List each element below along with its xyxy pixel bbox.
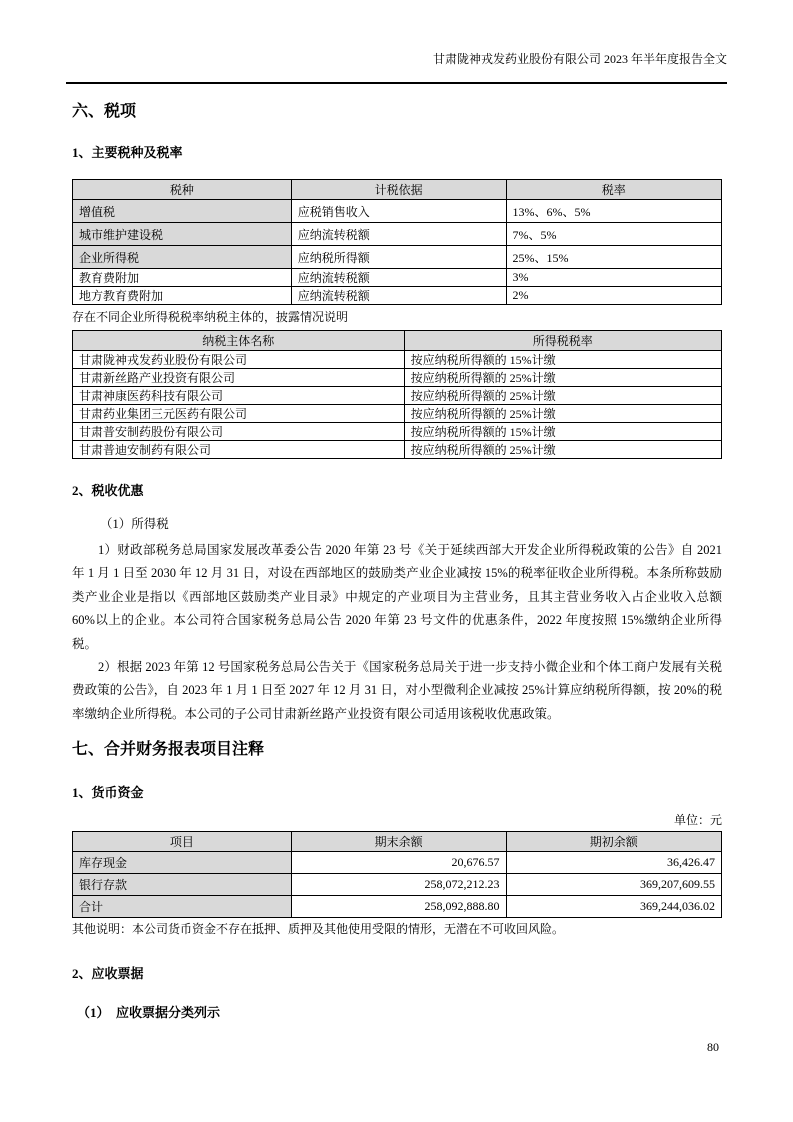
table-header-row: 项目 期末余额 期初余额 — [73, 832, 722, 852]
cell-tax-basis: 应纳流转税额 — [291, 223, 506, 246]
cell-tax-rate: 13%、6%、5% — [506, 200, 721, 223]
table-row: 甘肃药业集团三元医药有限公司 按应纳税所得额的 25%计缴 — [73, 405, 722, 423]
table-row: 甘肃普安制药股份有限公司 按应纳税所得额的 15%计缴 — [73, 423, 722, 441]
cell-entity-rate: 按应纳税所得额的 25%计缴 — [404, 369, 721, 387]
table-row: 地方教育费附加 应纳流转税额 2% — [73, 287, 722, 305]
cell-tax-type: 教育费附加 — [73, 269, 292, 287]
table-row: 甘肃普迪安制药有限公司 按应纳税所得额的 25%计缴 — [73, 441, 722, 459]
cell-tax-type: 增值税 — [73, 200, 292, 223]
income-tax-paragraph-2: 2）根据 2023 年第 12 号国家税务总局公告关于《国家税务总局关于进一步支… — [72, 656, 722, 726]
page-number: 80 — [707, 1040, 719, 1055]
table-row: 银行存款 258,072,212.23 369,207,609.55 — [73, 874, 722, 896]
table-row: 甘肃新丝路产业投资有限公司 按应纳税所得额的 25%计缴 — [73, 369, 722, 387]
tax-entities-note: 存在不同企业所得税税率纳税主体的，披露情况说明 — [72, 310, 722, 325]
section-6-title: 六、税项 — [72, 102, 722, 122]
section-7-title: 七、合并财务报表项目注释 — [72, 740, 722, 760]
col-header-income-tax-rate: 所得税税率 — [404, 331, 721, 351]
cell-entity-rate: 按应纳税所得额的 15%计缴 — [404, 351, 721, 369]
cell-beginning-balance: 369,244,036.02 — [506, 896, 721, 918]
income-tax-heading: （1）所得税 — [72, 516, 722, 532]
cell-entity-name: 甘肃陇神戎发药业股份有限公司 — [73, 351, 405, 369]
cell-beginning-balance: 369,207,609.55 — [506, 874, 721, 896]
entity-tax-rate-table: 纳税主体名称 所得税税率 甘肃陇神戎发药业股份有限公司 按应纳税所得额的 15%… — [72, 330, 722, 459]
cell-ending-balance: 258,072,212.23 — [291, 874, 506, 896]
cell-entity-name: 甘肃药业集团三元医药有限公司 — [73, 405, 405, 423]
cell-entity-name: 甘肃神康医药科技有限公司 — [73, 387, 405, 405]
cell-entity-rate: 按应纳税所得额的 25%计缴 — [404, 405, 721, 423]
cell-entity-rate: 按应纳税所得额的 25%计缴 — [404, 387, 721, 405]
cell-entity-name: 甘肃新丝路产业投资有限公司 — [73, 369, 405, 387]
col-header-beginning-balance: 期初余额 — [506, 832, 721, 852]
tax-rate-table: 税种 计税依据 税率 增值税 应税销售收入 13%、6%、5% 城市维护建设税 … — [72, 179, 722, 305]
cell-tax-rate: 7%、5% — [506, 223, 721, 246]
page-content: 六、税项 1、主要税种及税率 税种 计税依据 税率 增值税 应税销售收入 13%… — [72, 102, 722, 1021]
cell-entity-name: 甘肃普迪安制药有限公司 — [73, 441, 405, 459]
section-7-2-title: 2、应收票据 — [72, 965, 722, 982]
cell-tax-basis: 应纳流转税额 — [291, 269, 506, 287]
table-row: 企业所得税 应纳税所得额 25%、15% — [73, 246, 722, 269]
cash-other-note: 其他说明：本公司货币资金不存在抵押、质押及其他使用受限的情形，无潜在不可收回风险… — [72, 922, 722, 937]
table-row: 合计 258,092,888.80 369,244,036.02 — [73, 896, 722, 918]
cell-tax-type: 城市维护建设税 — [73, 223, 292, 246]
section-7-1-title: 1、货币资金 — [72, 784, 722, 801]
col-header-tax-rate: 税率 — [506, 180, 721, 200]
monetary-funds-table: 项目 期末余额 期初余额 库存现金 20,676.57 36,426.47 银行… — [72, 831, 722, 918]
cell-beginning-balance: 36,426.47 — [506, 852, 721, 874]
col-header-tax-basis: 计税依据 — [291, 180, 506, 200]
report-page: 甘肃陇神戎发药业股份有限公司 2023 年半年度报告全文 六、税项 1、主要税种… — [0, 0, 793, 1122]
section-6-1-title: 1、主要税种及税率 — [72, 144, 722, 161]
table-header-row: 税种 计税依据 税率 — [73, 180, 722, 200]
cell-tax-basis: 应纳税所得额 — [291, 246, 506, 269]
unit-label: 单位：元 — [72, 813, 722, 828]
table-header-row: 纳税主体名称 所得税税率 — [73, 331, 722, 351]
table-row: 教育费附加 应纳流转税额 3% — [73, 269, 722, 287]
section-7-2-1-title: （1） 应收票据分类列示 — [77, 1004, 722, 1021]
cell-item: 库存现金 — [73, 852, 292, 874]
cell-tax-basis: 应税销售收入 — [291, 200, 506, 223]
table-row: 增值税 应税销售收入 13%、6%、5% — [73, 200, 722, 223]
table-row: 城市维护建设税 应纳流转税额 7%、5% — [73, 223, 722, 246]
section-6-2-title: 2、税收优惠 — [72, 482, 722, 499]
cell-item: 合计 — [73, 896, 292, 918]
header-title: 甘肃陇神戎发药业股份有限公司 2023 年半年度报告全文 — [433, 52, 727, 66]
table-row: 甘肃陇神戎发药业股份有限公司 按应纳税所得额的 15%计缴 — [73, 351, 722, 369]
cell-tax-rate: 3% — [506, 269, 721, 287]
cell-ending-balance: 20,676.57 — [291, 852, 506, 874]
col-header-tax-type: 税种 — [73, 180, 292, 200]
cell-tax-rate: 2% — [506, 287, 721, 305]
cell-entity-rate: 按应纳税所得额的 15%计缴 — [404, 423, 721, 441]
col-header-entity-name: 纳税主体名称 — [73, 331, 405, 351]
cell-entity-name: 甘肃普安制药股份有限公司 — [73, 423, 405, 441]
cell-tax-basis: 应纳流转税额 — [291, 287, 506, 305]
table-row: 甘肃神康医药科技有限公司 按应纳税所得额的 25%计缴 — [73, 387, 722, 405]
table-row: 库存现金 20,676.57 36,426.47 — [73, 852, 722, 874]
col-header-item: 项目 — [73, 832, 292, 852]
cell-item: 银行存款 — [73, 874, 292, 896]
cell-tax-rate: 25%、15% — [506, 246, 721, 269]
cell-entity-rate: 按应纳税所得额的 25%计缴 — [404, 441, 721, 459]
page-header: 甘肃陇神戎发药业股份有限公司 2023 年半年度报告全文 — [66, 0, 727, 84]
col-header-ending-balance: 期末余额 — [291, 832, 506, 852]
cell-ending-balance: 258,092,888.80 — [291, 896, 506, 918]
cell-tax-type: 地方教育费附加 — [73, 287, 292, 305]
cell-tax-type: 企业所得税 — [73, 246, 292, 269]
income-tax-paragraph-1: 1）财政部税务总局国家发展改革委公告 2020 年第 23 号《关于延续西部大开… — [72, 539, 722, 656]
